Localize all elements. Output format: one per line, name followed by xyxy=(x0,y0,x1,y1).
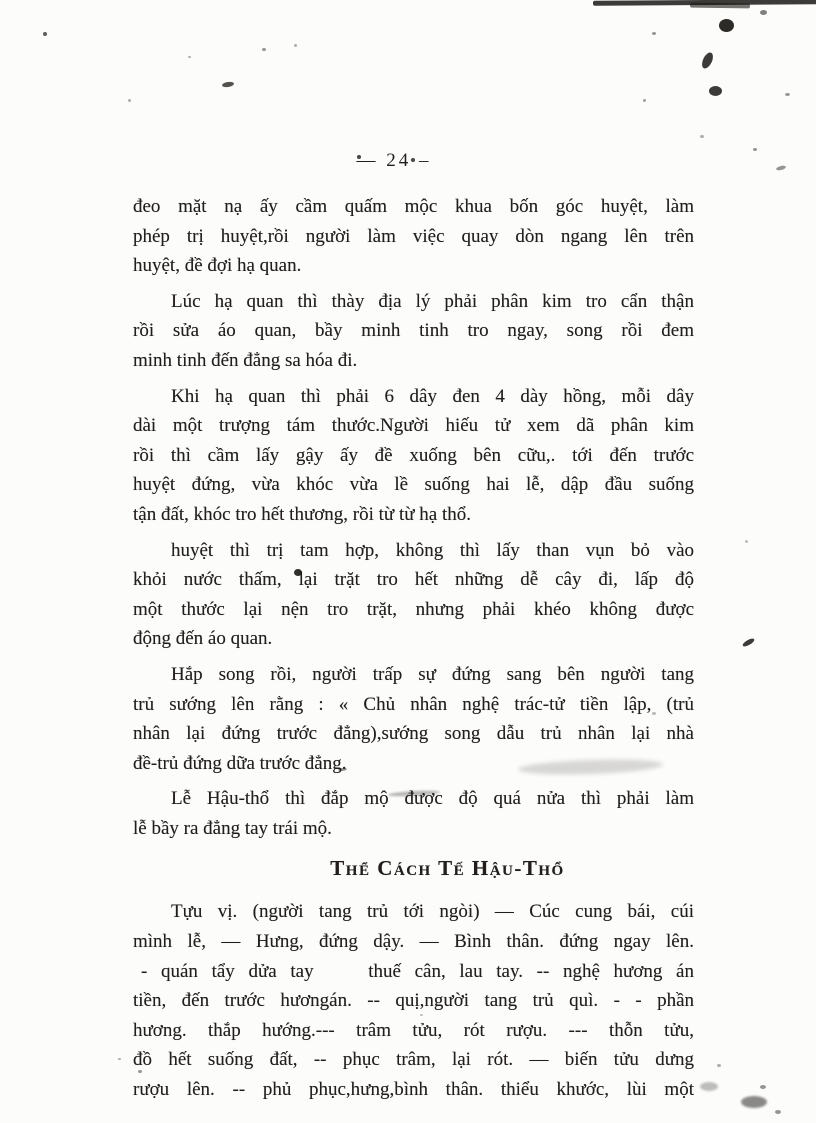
text-line: lễ bầy ra đẳng tay trái mộ. xyxy=(133,814,694,844)
scanned-book-page: — 24 – đeo mặt nạ ấy cầm quấm mộc khua b… xyxy=(0,0,816,1123)
text-line: tiền, đến trước hươngán. -- quị,người ta… xyxy=(133,986,694,1016)
text-line: trủ sướng lên rằng : « Chủ nhân nghệ trá… xyxy=(133,690,694,720)
text-line: rồi sửa áo quan, bầy minh tinh tro ngay,… xyxy=(133,316,694,346)
text-line: huyệt thì trị tam hợp, không thì lấy tha… xyxy=(133,536,694,566)
ink-speck xyxy=(118,1058,121,1060)
paragraph: Khi hạ quan thì phải 6 dây đen 4 dày hồn… xyxy=(133,382,694,530)
ink-speck xyxy=(294,44,297,47)
ink-speck xyxy=(222,81,235,88)
ink-speck xyxy=(775,1110,781,1114)
ink-speck xyxy=(700,1082,718,1091)
body-text-column: đeo mặt nạ ấy cầm quấm mộc khua bốn góc … xyxy=(133,192,694,1111)
ink-speck xyxy=(262,48,266,51)
text-line: huyệt, đề đợi hạ quan. xyxy=(133,251,694,281)
ink-speck xyxy=(717,1064,721,1067)
text-line: đề-trủ đứng dữa trước đẳng. xyxy=(133,749,694,779)
ink-speck xyxy=(652,32,656,35)
ink-speck xyxy=(760,10,767,15)
text-line: Khi hạ quan thì phải 6 dây đen 4 dày hồn… xyxy=(133,382,694,412)
ink-speck xyxy=(643,99,646,102)
text-line: rượu lên. -- phủ phục,hưng,bình thân. th… xyxy=(133,1075,694,1105)
ink-speck xyxy=(700,135,704,138)
text-line: huyệt đứng, vừa khóc vừa lề suống hai lễ… xyxy=(133,470,694,500)
ink-speck xyxy=(741,1096,767,1108)
text-line: nhân lại đứng trước đẳng),sướng song dẫu… xyxy=(133,719,694,749)
text-line: đồ hết suống đất, -- phục trâm, lại rót.… xyxy=(133,1045,694,1075)
paragraph: huyệt thì trị tam hợp, không thì lấy tha… xyxy=(133,536,694,654)
text-line: Hắp song rồi, người trấp sự đứng sang bê… xyxy=(133,660,694,690)
ink-speck xyxy=(785,93,790,96)
text-line: rồi thì cầm lấy gậy ấy đề xuống bên cữu,… xyxy=(133,441,694,471)
text-line: động đến áo quan. xyxy=(133,624,694,654)
ink-speck xyxy=(700,51,715,70)
ink-speck xyxy=(188,56,191,58)
ink-speck xyxy=(760,1085,766,1089)
ink-speck xyxy=(593,0,816,6)
text-line: hương. thắp hướng.--- trâm tửu, rót rượu… xyxy=(133,1016,694,1046)
text-line: Lúc hạ quan thì thày địa lý phải phân ki… xyxy=(133,287,694,317)
paragraph: Tựu vị. (người tang trủ tới ngòi) — Cúc … xyxy=(133,897,694,1104)
ink-speck xyxy=(719,19,734,32)
paragraph: Lễ Hậu-thổ thì đắp mộ được độ quá nửa th… xyxy=(133,784,694,843)
ink-speck xyxy=(709,86,722,96)
text-line: một thước lại nện tro trặt, nhưng phải k… xyxy=(133,595,694,625)
paragraph: Lúc hạ quan thì thày địa lý phải phân ki… xyxy=(133,287,694,376)
text-line: tận đất, khóc tro hết thương, rồi từ từ … xyxy=(133,500,694,530)
text-line: Tựu vị. (người tang trủ tới ngòi) — Cúc … xyxy=(133,897,694,927)
ink-speck xyxy=(753,148,757,151)
text-line: minh tinh đến đẳng sa hóa đi. xyxy=(133,346,694,376)
text-line: khỏi nước thấm, lại trặt tro hết những d… xyxy=(133,565,694,595)
ink-speck xyxy=(43,32,47,36)
text-line: phép trị huyệt,rồi người làm việc quay d… xyxy=(133,222,694,252)
text-line: - quán tẩy dửa tay thuế cân, lau tay. --… xyxy=(133,957,694,987)
text-line: đeo mặt nạ ấy cầm quấm mộc khua bốn góc … xyxy=(133,192,694,222)
text-line: mình lễ, — Hưng, đứng dậy. — Bình thân. … xyxy=(133,927,694,957)
paragraph: đeo mặt nạ ấy cầm quấm mộc khua bốn góc … xyxy=(133,192,694,281)
paragraph: Hắp song rồi, người trấp sự đứng sang bê… xyxy=(133,660,694,778)
ink-speck xyxy=(776,165,787,171)
section-heading: Thể Cách Tế Hậu-Thổ xyxy=(167,856,728,881)
ink-speck xyxy=(128,99,131,102)
ink-speck xyxy=(690,3,750,9)
page-number: — 24 – xyxy=(133,150,655,172)
ink-speck xyxy=(742,637,756,648)
text-line: Lễ Hậu-thổ thì đắp mộ được độ quá nửa th… xyxy=(133,784,694,814)
text-line: dài một trượng tám thước.Người hiếu tử x… xyxy=(133,411,694,441)
ink-speck xyxy=(745,540,748,543)
